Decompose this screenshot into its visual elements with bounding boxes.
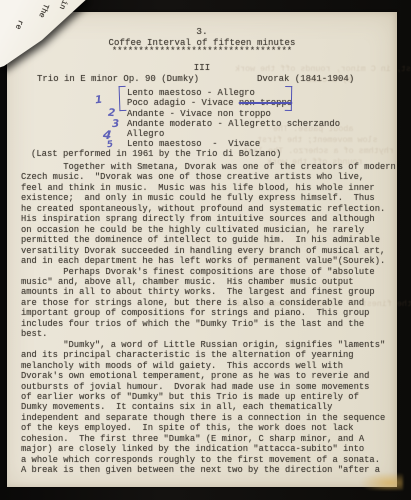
movement-4-tempo: Allegro	[127, 129, 340, 139]
typed-line: and its principal characteristic is the …	[21, 350, 393, 360]
paragraph-1: Together with Smetana, Dvorak was one of…	[21, 162, 393, 267]
composer-name: Dvorak (1841-1904)	[257, 74, 354, 84]
typed-line: Together with Smetana, Dvorak was one of…	[21, 162, 393, 172]
typed-line: Czech music. "Dvorak was one of those cr…	[21, 172, 393, 182]
movement-1-tempo-b: Poco adagio - Vivace non troppo	[127, 98, 340, 108]
typed-line: he created spontaneously, without profou…	[21, 204, 393, 214]
paper-stain	[359, 472, 403, 490]
typed-line: and in each department he has left works…	[21, 256, 393, 266]
typed-line: important group of compositions for stri…	[21, 308, 393, 318]
typed-line: Perhaps Dvorak's finest compositions are…	[21, 267, 393, 277]
typed-line: major) are closely linked by the indicat…	[21, 444, 393, 454]
typed-line: "Dumky", a word of Little Russian origin…	[21, 340, 393, 350]
corner-paper: in The re	[0, 0, 110, 74]
typed-line: feel and think in music. Music was his l…	[21, 183, 393, 193]
left-bracket-annotation	[119, 86, 127, 111]
corner-text-fragment: The	[36, 2, 50, 19]
movement-1-tempo-b-text: Poco adagio - Vivace	[127, 98, 239, 108]
typed-line: existence; and only in music could he fu…	[21, 193, 393, 203]
last-performed-note: (Last performed in 1961 by the Trio di B…	[31, 149, 281, 159]
typed-line: independent and separate though there is…	[21, 413, 393, 423]
corner-text-fragment: in	[57, 0, 69, 11]
typed-line: Dumky movements. It contains six in all,…	[21, 402, 393, 412]
typed-line: permitted the dominence of intellect to …	[21, 235, 393, 245]
program-notes: Together with Smetana, Dvorak was one of…	[21, 162, 393, 476]
scanned-document: the last, in C minor, rounds off the wor…	[0, 0, 411, 500]
overlapping-page-corner: in The re	[0, 0, 120, 84]
movement-1-tempo-a: Lento maestoso - Allegro	[127, 88, 340, 98]
typed-line: Dvorak's own emotional temperament, pron…	[21, 371, 393, 381]
typed-line: a whole which corresponds roughly to the…	[21, 455, 393, 465]
typed-line: His inspiration sprang directly from int…	[21, 214, 393, 224]
right-bracket-annotation	[285, 86, 292, 111]
corner-text-fragment: re	[13, 18, 25, 30]
typed-line: includes four trios of which the "Dumky …	[21, 319, 393, 329]
typed-line: outbursts of jovial humour. Dvorak had m…	[21, 382, 393, 392]
typed-line: cohesion. The first three "Dumka" (E min…	[21, 434, 393, 444]
typed-line: amounts in all to about thirty works. Th…	[21, 287, 393, 297]
movement-2-tempo: Andante - Vivace non troppo	[127, 109, 340, 119]
movement-list: Lento maestoso - Allegro Poco adagio - V…	[127, 88, 340, 150]
movement-3-tempo: Andante moderato - Allegretto scherzando	[127, 119, 340, 129]
handwritten-number-5: 5	[106, 140, 114, 151]
handwritten-number-3: 3	[112, 118, 120, 130]
paragraph-3: "Dumky", a word of Little Russian origin…	[21, 340, 393, 476]
typed-line: of earlier works of "Dumky" but this Tri…	[21, 392, 393, 402]
typed-line: best.	[21, 329, 393, 339]
typed-line: on occasion he could be the highly culti…	[21, 225, 393, 235]
typed-line: versatility Dvorak succeeded in handling…	[21, 246, 393, 256]
typed-line: A break is then given between the next t…	[21, 465, 393, 475]
typed-line: melancholy with moods of wild gaiety. Th…	[21, 361, 393, 371]
handwritten-number-1: 1	[94, 94, 103, 107]
paragraph-2: Perhaps Dvorak's finest compositions are…	[21, 267, 393, 340]
typed-line: of the keys employed. In spite of this, …	[21, 423, 393, 433]
typed-line: music" and, above all, chamber music. Hi…	[21, 277, 393, 287]
typed-line: are those for strings alone, but there i…	[21, 298, 393, 308]
